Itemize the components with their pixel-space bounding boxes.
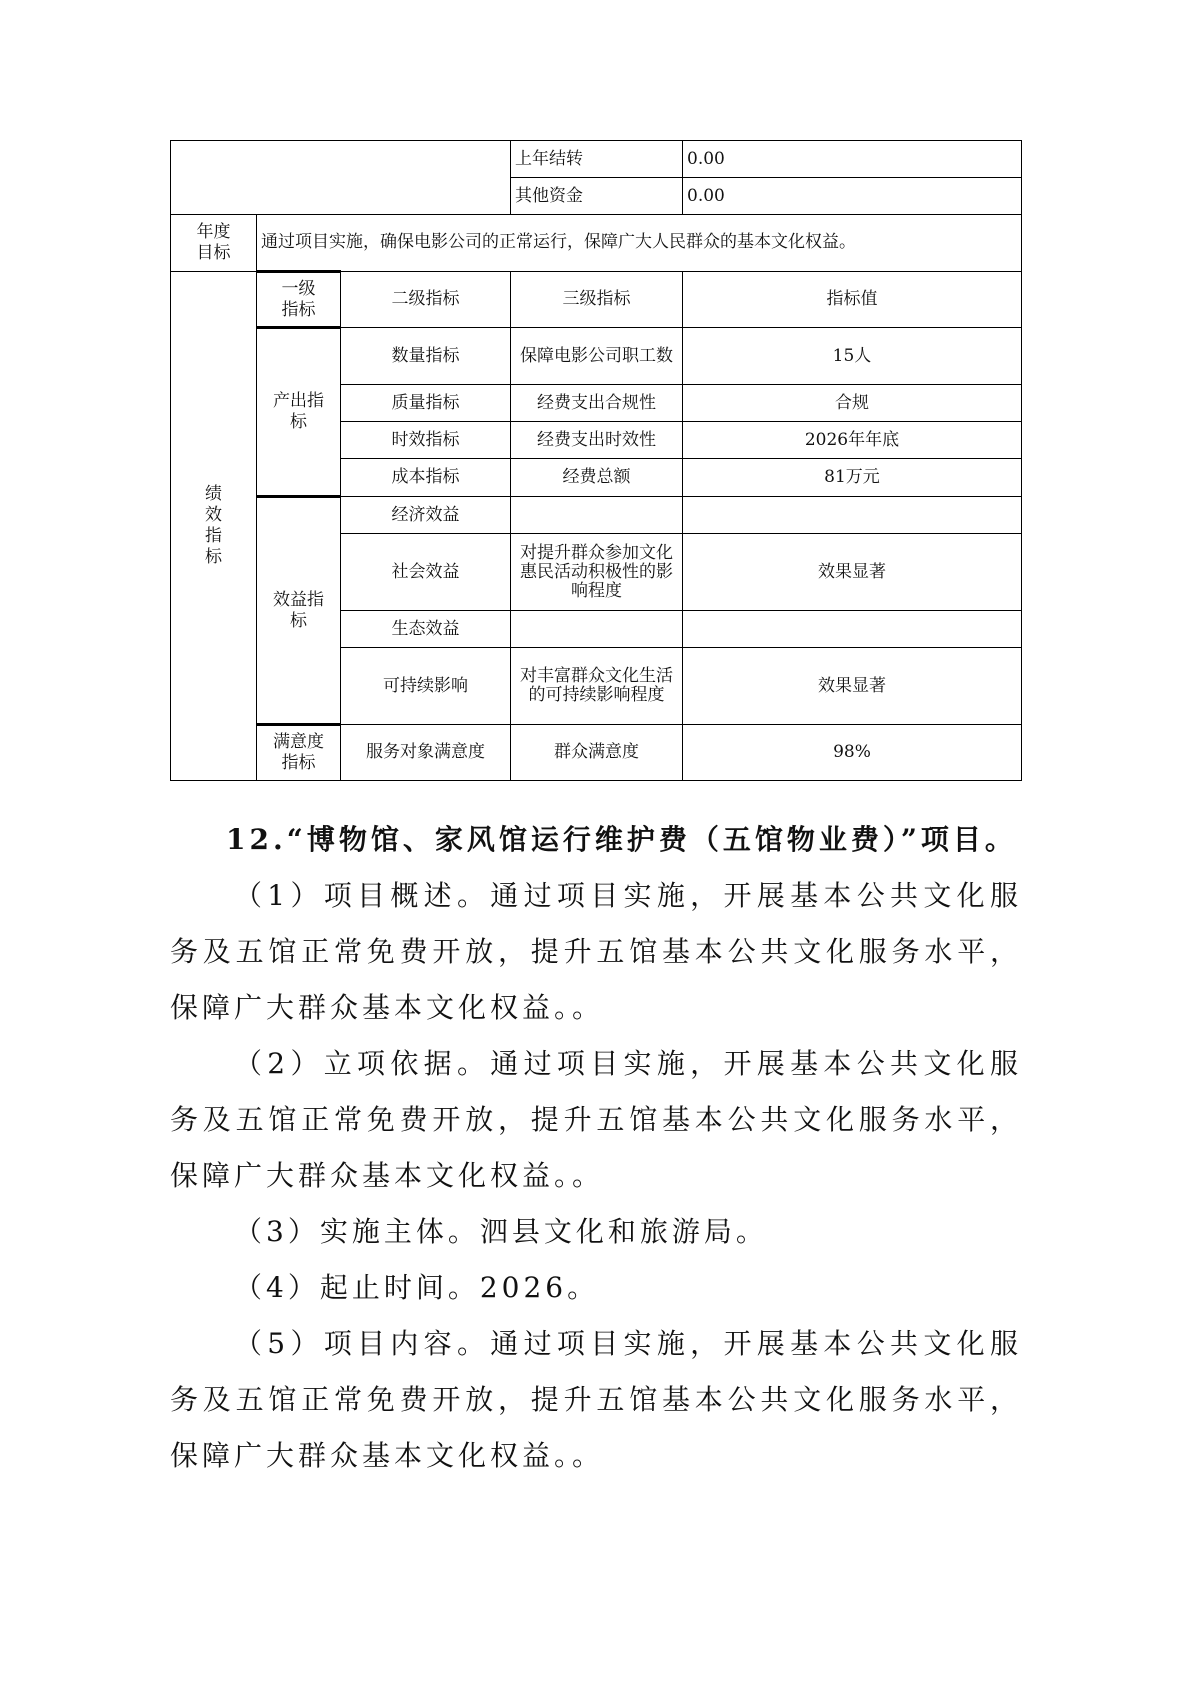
- value-cell: 合规: [683, 385, 1022, 422]
- paragraph-period: （4）起止时间。2026。: [170, 1260, 1022, 1316]
- empty-cell: [171, 141, 511, 215]
- funding-row: 上年结转 0.00: [171, 141, 1022, 178]
- funding-label: 上年结转: [511, 141, 683, 178]
- header-level3: 三级指标: [511, 272, 683, 328]
- annual-goal-text: 通过项目实施，确保电影公司的正常运行，保障广大人民群众的基本文化权益。: [257, 215, 1022, 272]
- value-cell: 98%: [683, 725, 1022, 781]
- value-cell: [683, 611, 1022, 648]
- table-row: 效益指标 经济效益: [171, 497, 1022, 534]
- level1-output: 产出指标: [257, 328, 341, 497]
- funding-label: 其他资金: [511, 178, 683, 215]
- funding-value: 0.00: [683, 178, 1022, 215]
- value-cell: 效果显著: [683, 648, 1022, 725]
- level3-cell: 经费支出时效性: [511, 422, 683, 459]
- level3-cell: 经费总额: [511, 459, 683, 497]
- annual-goal-label: 年度目标: [171, 215, 257, 272]
- header-level2: 二级指标: [341, 272, 511, 328]
- level3-cell: [511, 611, 683, 648]
- level2-cell: 时效指标: [341, 422, 511, 459]
- performance-label: 绩效指标: [171, 272, 257, 781]
- paragraph-overview: （1）项目概述。通过项目实施，开展基本公共文化服务及五馆正常免费开放，提升五馆基…: [170, 868, 1022, 1036]
- table-row: 满意度指标 服务对象满意度 群众满意度 98%: [171, 725, 1022, 781]
- level3-cell: 对丰富群众文化生活的可持续影响程度: [511, 648, 683, 725]
- level2-cell: 质量指标: [341, 385, 511, 422]
- paragraph-implementer: （3）实施主体。泗县文化和旅游局。: [170, 1204, 1022, 1260]
- header-value: 指标值: [683, 272, 1022, 328]
- indicator-header-row: 绩效指标 一级指标 二级指标 三级指标 指标值: [171, 272, 1022, 328]
- paragraph-basis: （2）立项依据。通过项目实施，开展基本公共文化服务及五馆正常免费开放，提升五馆基…: [170, 1036, 1022, 1204]
- funding-value: 0.00: [683, 141, 1022, 178]
- section-body: 12.“博物馆、家风馆运行维护费（五馆物业费）”项目。 （1）项目概述。通过项目…: [170, 812, 1022, 1484]
- value-cell: 81万元: [683, 459, 1022, 497]
- level2-cell: 经济效益: [341, 497, 511, 534]
- value-cell: [683, 497, 1022, 534]
- value-cell: 2026年年底: [683, 422, 1022, 459]
- section-heading: 12.“博物馆、家风馆运行维护费（五馆物业费）”项目。: [170, 812, 1022, 868]
- level2-cell: 服务对象满意度: [341, 725, 511, 781]
- level2-cell: 成本指标: [341, 459, 511, 497]
- level2-cell: 社会效益: [341, 534, 511, 611]
- annual-goal-row: 年度目标 通过项目实施，确保电影公司的正常运行，保障广大人民群众的基本文化权益。: [171, 215, 1022, 272]
- level3-cell: 群众满意度: [511, 725, 683, 781]
- level1-satisfaction: 满意度指标: [257, 725, 341, 781]
- value-cell: 效果显著: [683, 534, 1022, 611]
- level3-cell: [511, 497, 683, 534]
- level1-benefit: 效益指标: [257, 497, 341, 725]
- level3-cell: 保障电影公司职工数: [511, 328, 683, 385]
- paragraph-content: （5）项目内容。通过项目实施，开展基本公共文化服务及五馆正常免费开放，提升五馆基…: [170, 1316, 1022, 1484]
- table-row: 产出指标 数量指标 保障电影公司职工数 15人: [171, 328, 1022, 385]
- level2-cell: 生态效益: [341, 611, 511, 648]
- level3-cell: 经费支出合规性: [511, 385, 683, 422]
- value-cell: 15人: [683, 328, 1022, 385]
- header-level1: 一级指标: [257, 272, 341, 328]
- performance-target-table: 上年结转 0.00 其他资金 0.00 年度目标 通过项目实施，确保电影公司的正…: [170, 140, 1022, 781]
- level2-cell: 可持续影响: [341, 648, 511, 725]
- level2-cell: 数量指标: [341, 328, 511, 385]
- level3-cell: 对提升群众参加文化惠民活动积极性的影响程度: [511, 534, 683, 611]
